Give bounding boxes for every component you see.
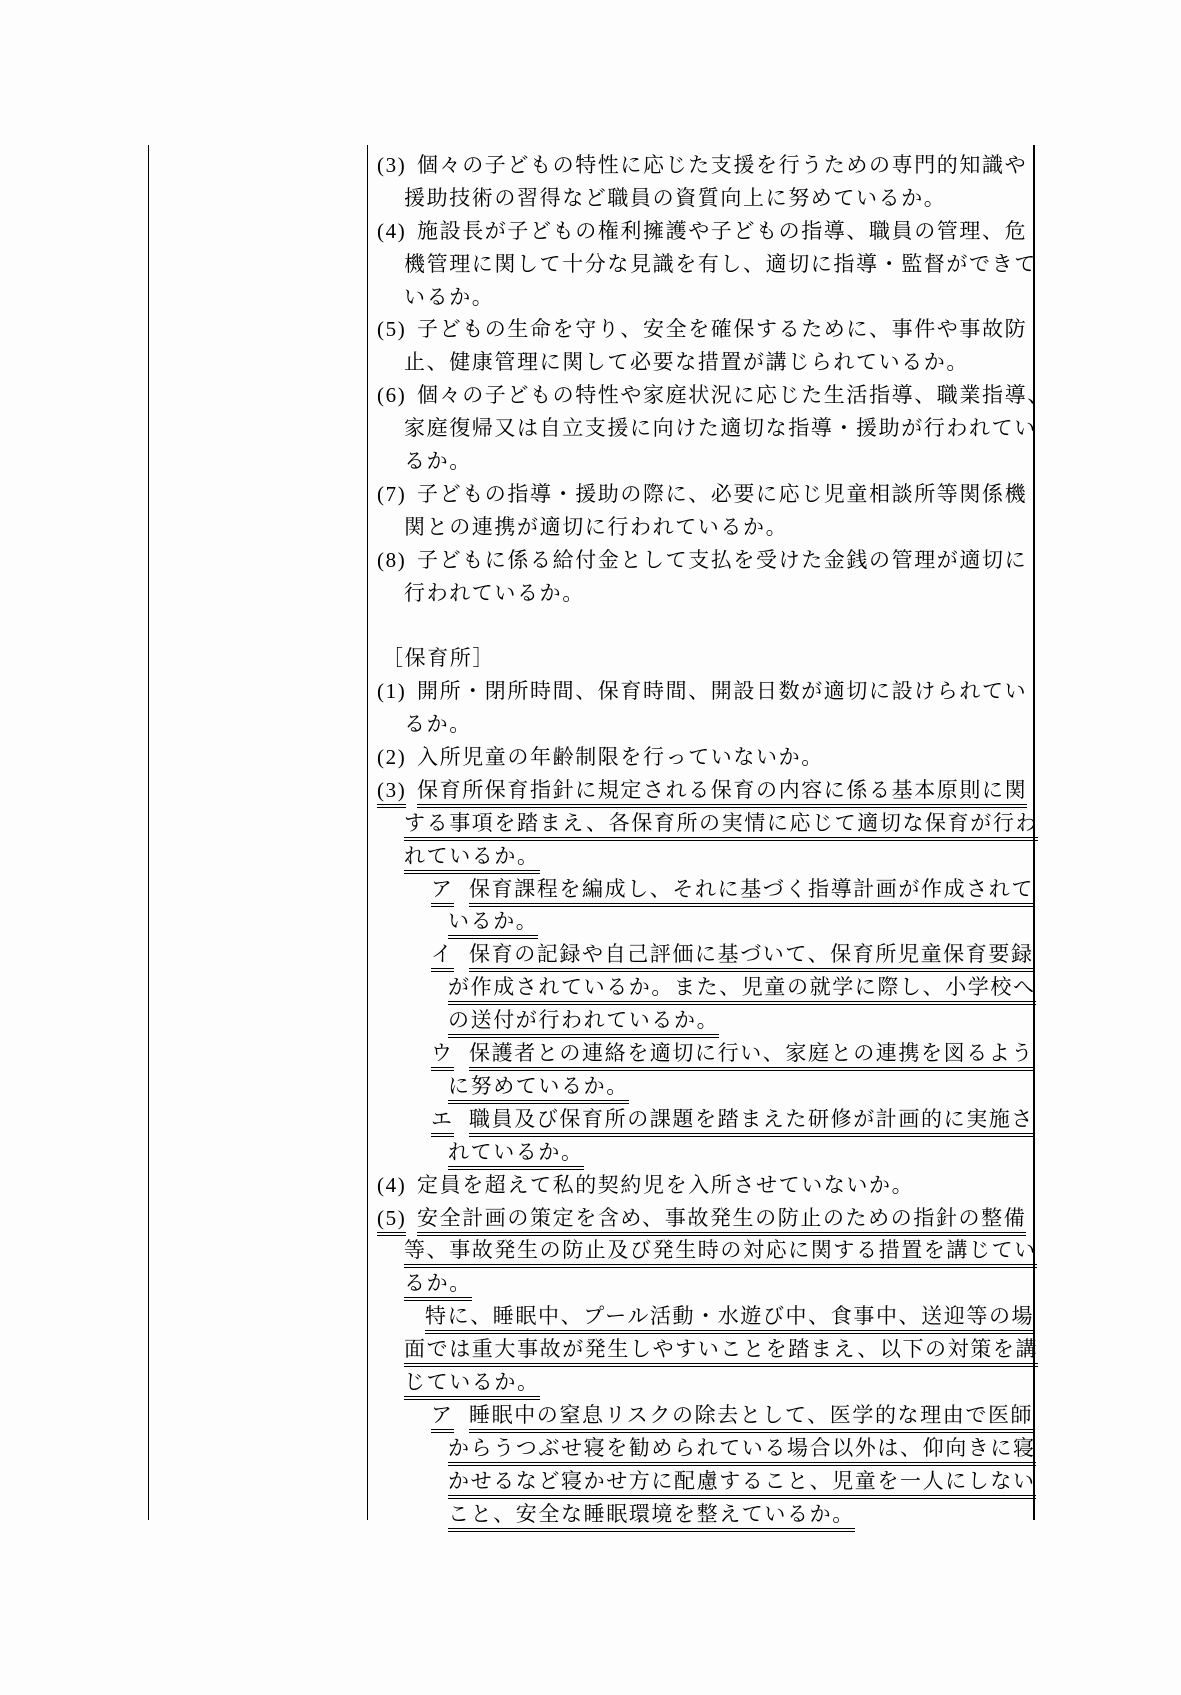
item-label: (5) bbox=[377, 1202, 417, 1236]
line-text: が作成されているか。また、児童の就学に際し、小学校へ bbox=[448, 975, 1036, 1005]
checklist-line: (3)個々の子どもの特性に応じた支援を行うための専門的知識や bbox=[368, 149, 1032, 182]
checklist-line: 機管理に関して十分な見識を有し、適切に指導・監督ができて bbox=[368, 248, 1032, 281]
checklist-line: 関との連携が適切に行われているか。 bbox=[368, 511, 1032, 544]
line-text: 保育課程を編成し、それに基づく指導計画が作成されて bbox=[469, 877, 1034, 907]
checklist-line: イ保育の記録や自己評価に基づいて、保育所児童保育要録 bbox=[368, 938, 1032, 971]
blank-line bbox=[368, 609, 1032, 642]
line-text: いるか。 bbox=[404, 285, 494, 309]
checklist-line: るか。 bbox=[368, 1267, 1032, 1300]
item-label: ウ bbox=[431, 1037, 469, 1071]
item-label: エ bbox=[431, 1103, 469, 1137]
checklist-line: (7)子どもの指導・援助の際に、必要に応じ児童相談所等関係機 bbox=[368, 478, 1032, 511]
line-text: 面では重大事故が発生しやすいことを踏まえ、以下の対策を講 bbox=[404, 1337, 1038, 1367]
line-text: 施設長が子どもの権利擁護や子どもの指導、職員の管理、危 bbox=[417, 219, 1027, 243]
line-text: いるか。 bbox=[448, 909, 538, 939]
line-text: 保育所保育指針に規定される保育の内容に係る基本原則に関 bbox=[417, 778, 1027, 808]
checklist-line: (4)定員を超えて私的契約児を入所させていないか。 bbox=[368, 1169, 1032, 1202]
checklist-line: (4)施設長が子どもの権利擁護や子どもの指導、職員の管理、危 bbox=[368, 215, 1032, 248]
checklist-line: (6)個々の子どもの特性や家庭状況に応じた生活指導、職業指導、 bbox=[368, 379, 1032, 412]
checklist-line: (2)入所児童の年齢制限を行っていないか。 bbox=[368, 741, 1032, 774]
line-text: 定員を超えて私的契約児を入所させていないか。 bbox=[417, 1173, 914, 1197]
checklist-line: れているか。 bbox=[368, 1136, 1032, 1169]
checklist-line: の送付が行われているか。 bbox=[368, 1004, 1032, 1037]
item-label: (1) bbox=[377, 675, 417, 708]
line-text: 等、事故発生の防止及び発生時の対応に関する措置を講じてい bbox=[404, 1238, 1037, 1268]
line-text: 保護者との連絡を適切に行い、家庭との連携を図るよう bbox=[469, 1041, 1034, 1071]
item-label: (8) bbox=[377, 544, 417, 577]
checklist-line: 等、事故発生の防止及び発生時の対応に関する措置を講じてい bbox=[368, 1234, 1032, 1267]
checklist-line: こと、安全な睡眠環境を整えているか。 bbox=[368, 1498, 1032, 1531]
checklist-line: 行われているか。 bbox=[368, 577, 1032, 610]
checklist-line: かせるなど寝かせ方に配慮すること、児童を一人にしない bbox=[368, 1465, 1032, 1498]
checklist-line: する事項を踏まえ、各保育所の実情に応じて適切な保育が行わ bbox=[368, 807, 1032, 840]
checklist-lines: (3)個々の子どもの特性に応じた支援を行うための専門的知識や援助技術の習得など職… bbox=[368, 149, 1032, 1530]
item-label: ア bbox=[431, 873, 469, 907]
line-text: の送付が行われているか。 bbox=[448, 1008, 719, 1038]
checklist-line: 面では重大事故が発生しやすいことを踏まえ、以下の対策を講 bbox=[368, 1333, 1032, 1366]
line-text: 関との連携が適切に行われているか。 bbox=[404, 515, 788, 539]
line-text: ［保育所］ bbox=[382, 646, 495, 670]
line-text: かせるなど寝かせ方に配慮すること、児童を一人にしない bbox=[448, 1469, 1036, 1499]
item-label: ア bbox=[431, 1399, 469, 1433]
item-label: (6) bbox=[377, 379, 417, 412]
checklist-line: (5)子どもの生命を守り、安全を確保するために、事件や事故防 bbox=[368, 313, 1032, 346]
line-text: じているか。 bbox=[404, 1370, 540, 1400]
item-label: (4) bbox=[377, 1169, 417, 1202]
line-text: する事項を踏まえ、各保育所の実情に応じて適切な保育が行わ bbox=[404, 811, 1038, 841]
line-text: 行われているか。 bbox=[404, 581, 585, 605]
line-text: 家庭復帰又は自立支援に向けた適切な指導・援助が行われてい bbox=[404, 416, 1037, 440]
line-text: 機管理に関して十分な見識を有し、適切に指導・監督ができて bbox=[404, 252, 1037, 276]
checklist-line: るか。 bbox=[368, 708, 1032, 741]
line-text: 個々の子どもの特性や家庭状況に応じた生活指導、職業指導、 bbox=[417, 383, 1050, 407]
line-text: れているか。 bbox=[404, 844, 540, 874]
checklist-line: 特に、睡眠中、プール活動・水遊び中、食事中、送迎等の場 bbox=[368, 1300, 1032, 1333]
document-page: { "colors": { "text": "#000000", "backgr… bbox=[0, 0, 1181, 1695]
line-text: からうつぶせ寝を勧められている場合以外は、仰向きに寝 bbox=[448, 1436, 1036, 1466]
item-label: (3) bbox=[377, 149, 417, 182]
checklist-line: 止、健康管理に関して必要な措置が講じられているか。 bbox=[368, 346, 1032, 379]
item-label: (4) bbox=[377, 215, 417, 248]
checklist-line: (5)安全計画の策定を含め、事故発生の防止のための指針の整備 bbox=[368, 1202, 1032, 1235]
checklist-line: (1)開所・閉所時間、保育時間、開設日数が適切に設けられてい bbox=[368, 675, 1032, 708]
line-text: るか。 bbox=[404, 1271, 472, 1301]
line-text: に努めているか。 bbox=[448, 1074, 629, 1104]
checklist-line: じているか。 bbox=[368, 1366, 1032, 1399]
line-text: こと、安全な睡眠環境を整えているか。 bbox=[448, 1502, 855, 1532]
item-label: (7) bbox=[377, 478, 417, 511]
checklist-line: いるか。 bbox=[368, 905, 1032, 938]
line-text: 子どもの生命を守り、安全を確保するために、事件や事故防 bbox=[417, 317, 1027, 341]
table-column-empty bbox=[149, 145, 368, 1520]
checklist-line: ア保育課程を編成し、それに基づく指導計画が作成されて bbox=[368, 873, 1032, 906]
checklist-line: れているか。 bbox=[368, 840, 1032, 873]
checklist-line: からうつぶせ寝を勧められている場合以外は、仰向きに寝 bbox=[368, 1432, 1032, 1465]
line-text: れているか。 bbox=[448, 1140, 584, 1170]
checklist-line: ウ保護者との連絡を適切に行い、家庭との連携を図るよう bbox=[368, 1037, 1032, 1070]
line-text: 個々の子どもの特性に応じた支援を行うための専門的知識や bbox=[417, 153, 1027, 177]
checklist-line: (8)子どもに係る給付金として支払を受けた金銭の管理が適切に bbox=[368, 544, 1032, 577]
line-text: 開所・閉所時間、保育時間、開設日数が適切に設けられてい bbox=[417, 679, 1027, 703]
checklist-line: に努めているか。 bbox=[368, 1070, 1032, 1103]
checklist-line: (3)保育所保育指針に規定される保育の内容に係る基本原則に関 bbox=[368, 774, 1032, 807]
item-label: (5) bbox=[377, 313, 417, 346]
line-text: 入所児童の年齢制限を行っていないか。 bbox=[417, 745, 824, 769]
line-text: 職員及び保育所の課題を踏まえた研修が計画的に実施さ bbox=[469, 1107, 1034, 1137]
checklist-line: いるか。 bbox=[368, 281, 1032, 314]
checklist-line: エ職員及び保育所の課題を踏まえた研修が計画的に実施さ bbox=[368, 1103, 1032, 1136]
item-label: (3) bbox=[377, 774, 417, 808]
line-text: 安全計画の策定を含め、事故発生の防止のための指針の整備 bbox=[417, 1206, 1026, 1236]
line-text: 子どもに係る給付金として支払を受けた金銭の管理が適切に bbox=[417, 548, 1027, 572]
checklist-line: が作成されているか。また、児童の就学に際し、小学校へ bbox=[368, 971, 1032, 1004]
item-label: イ bbox=[431, 938, 469, 972]
checklist-table: (3)個々の子どもの特性に応じた支援を行うための専門的知識や援助技術の習得など職… bbox=[148, 145, 1035, 1520]
line-text: るか。 bbox=[404, 712, 472, 736]
line-text: 子どもの指導・援助の際に、必要に応じ児童相談所等関係機 bbox=[417, 482, 1027, 506]
line-text: 特に、睡眠中、プール活動・水遊び中、食事中、送迎等の場 bbox=[425, 1304, 1034, 1334]
checklist-line: ［保育所］ bbox=[368, 642, 1032, 675]
checklist-line: ア睡眠中の窒息リスクの除去として、医学的な理由で医師 bbox=[368, 1399, 1032, 1432]
line-text: 睡眠中の窒息リスクの除去として、医学的な理由で医師 bbox=[469, 1403, 1033, 1433]
line-text: 止、健康管理に関して必要な措置が講じられているか。 bbox=[404, 350, 969, 374]
checklist-line: 援助技術の習得など職員の資質向上に努めているか。 bbox=[368, 182, 1032, 215]
line-text: るか。 bbox=[404, 449, 472, 473]
table-column-content: (3)個々の子どもの特性に応じた支援を行うための専門的知識や援助技術の習得など職… bbox=[368, 149, 1032, 1530]
checklist-line: 家庭復帰又は自立支援に向けた適切な指導・援助が行われてい bbox=[368, 412, 1032, 445]
item-label: (2) bbox=[377, 741, 417, 774]
checklist-line: るか。 bbox=[368, 445, 1032, 478]
line-text: 援助技術の習得など職員の資質向上に努めているか。 bbox=[404, 186, 946, 210]
line-text: 保育の記録や自己評価に基づいて、保育所児童保育要録 bbox=[469, 942, 1034, 972]
